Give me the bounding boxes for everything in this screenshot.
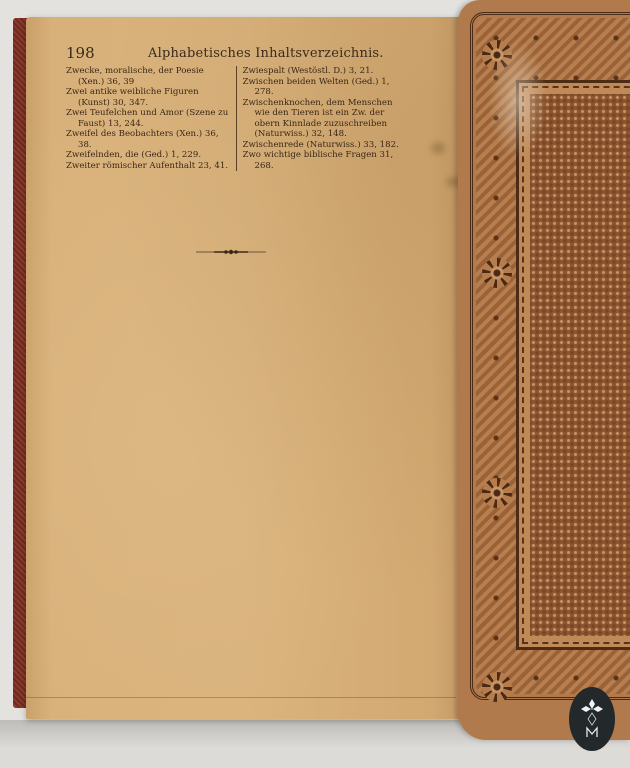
book-cover (458, 0, 630, 740)
running-title: Alphabetisches Inhaltsverzeichnis. (148, 46, 384, 61)
watermark-badge (569, 687, 615, 751)
cover-wear-mark (488, 40, 548, 160)
index-column-left: Zwecke, moralische, der Poesie (Xen.) 36… (66, 66, 237, 171)
index-entry: Zwischenknochen, dem Menschen wie den Ti… (242, 98, 406, 140)
page-crease (26, 697, 456, 698)
ornamental-rule-icon (196, 249, 266, 255)
index-column-right: Zwiespalt (Westöstl. D.) 3, 21. Zwischen… (237, 66, 406, 171)
index-entry: Zweifelnden, die (Ged.) 1, 229. (66, 150, 232, 161)
index-entry: Zwischen beiden Welten (Ged.) 1, 278. (242, 77, 406, 98)
index-entry: Zwischenrede (Naturwiss.) 33, 182. (242, 140, 406, 151)
cover-lattice-panel (530, 94, 630, 636)
book-photo: 198 Alphabetisches Inhaltsverzeichnis. Z… (0, 0, 630, 768)
index-entry: Zweiter römischer Aufenthalt 23, 41. (66, 161, 232, 172)
index-entry: Zwecke, moralische, der Poesie (Xen.) 36… (66, 66, 232, 87)
page-number: 198 (66, 44, 95, 62)
index-entry: Zwiespalt (Westöstl. D.) 3, 21. (242, 66, 406, 77)
cover-rosette-icon (482, 478, 512, 508)
diamond-flower-monogram-icon (577, 697, 607, 741)
cover-rosette-icon (482, 672, 512, 702)
page-header: 198 Alphabetisches Inhaltsverzeichnis. (66, 44, 396, 64)
book-spine-edge (13, 18, 27, 708)
index-entry: Zwei Teufelchen und Amor (Szene zu Faust… (66, 108, 232, 129)
index-entry: Zwei antike weibliche Figuren (Kunst) 30… (66, 87, 232, 108)
cover-rosette-icon (482, 258, 512, 288)
index-entry: Zwo wichtige biblische Fragen 31, 268. (242, 150, 406, 171)
index-entry: Zweifel des Beobachters (Xen.) 36, 38. (66, 129, 232, 150)
page-stain (431, 142, 445, 154)
index-columns: Zwecke, moralische, der Poesie (Xen.) 36… (66, 66, 406, 171)
